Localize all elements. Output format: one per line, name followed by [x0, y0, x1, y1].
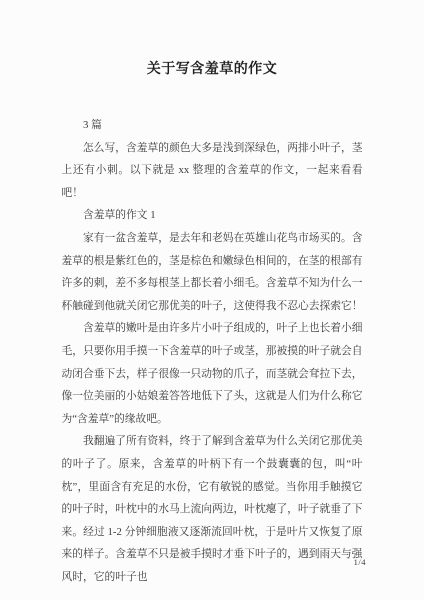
- paragraph-essay-body-2: 含羞草的嫩叶是由许多片小叶子组成的，叶子上也长着小细毛，只要你用手摸一下含羞草的…: [62, 317, 363, 430]
- document-page: 关于写含羞草的作文 3 篇 怎么写，含羞草的颜色大多是浅到深绿色，两排小叶子，茎…: [0, 0, 424, 600]
- paragraph-essay-heading: 含羞草的作文 1: [62, 204, 363, 227]
- paragraph-essay-body-1: 家有一盆含羞草，是去年和老妈在英雄山花鸟市场买的。含羞草的根是紫红色的，茎是棕色…: [62, 227, 363, 317]
- paragraph-count-label: 3 篇: [62, 114, 363, 137]
- document-body: 3 篇 怎么写，含羞草的颜色大多是浅到深绿色，两排小叶子，茎上还有小刺。以下就是…: [62, 114, 363, 588]
- paragraph-intro: 怎么写，含羞草的颜色大多是浅到深绿色，两排小叶子，茎上还有小刺。以下就是 xx …: [62, 137, 363, 205]
- paragraph-essay-body-3: 我翻遍了所有资料，终于了解到含羞草为什么关闭它那优美的叶子了。原来，含羞草的叶柄…: [62, 430, 363, 588]
- page-title: 关于写含羞草的作文: [0, 0, 424, 78]
- page-number: 1/4: [354, 557, 366, 567]
